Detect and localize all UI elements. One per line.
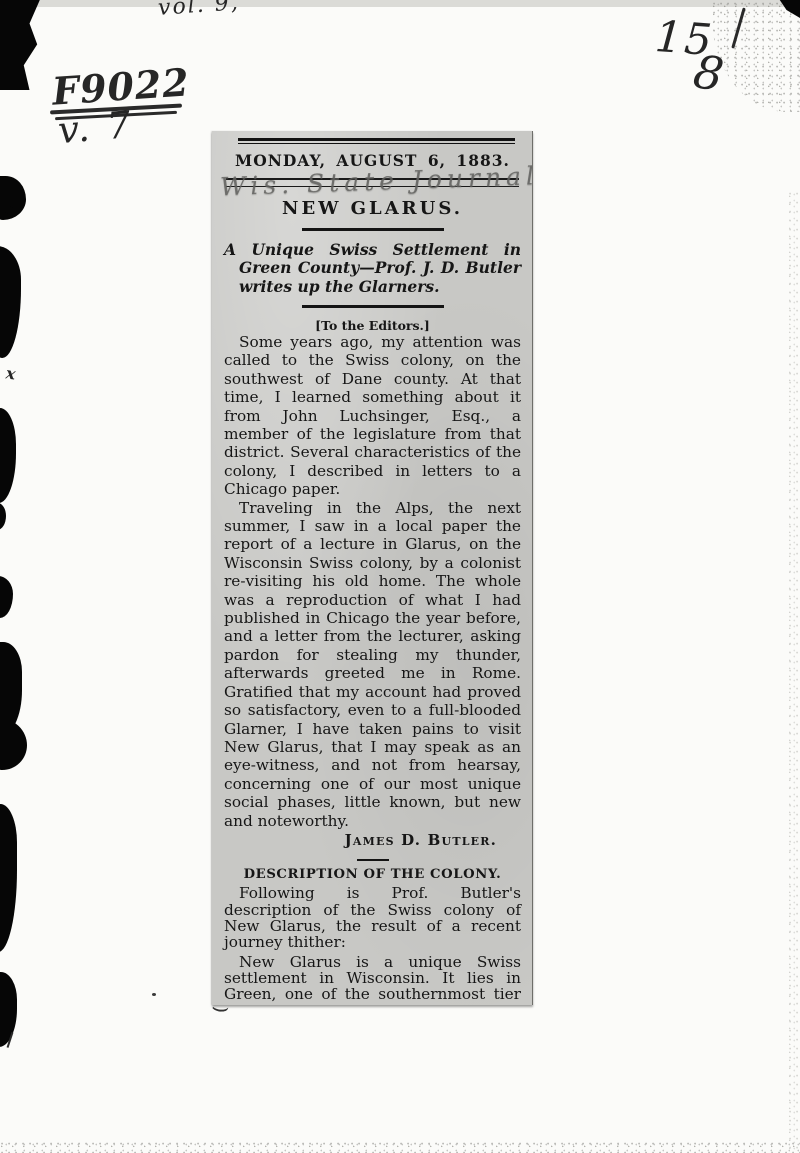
torn-edge-blob bbox=[0, 576, 13, 618]
letter-paragraph: Some years ago, my attention was called … bbox=[224, 333, 521, 499]
divider-rule bbox=[357, 859, 389, 862]
divider-rule bbox=[302, 228, 444, 231]
description-body: Following is Prof. Butler's description … bbox=[224, 885, 521, 1005]
clipping-subtitle: A Unique Swiss Settlement in Green Count… bbox=[224, 241, 521, 297]
torn-edge-blob bbox=[0, 804, 17, 952]
letter-body: Some years ago, my attention was called … bbox=[224, 333, 521, 830]
letter-paragraph: Traveling in the Alps, the next summer, … bbox=[224, 499, 521, 830]
description-paragraph: New Glarus is a unique Swiss settlement … bbox=[224, 954, 521, 1005]
volume-top-note: vol. 9, bbox=[157, 0, 240, 21]
torn-edge-blob bbox=[0, 246, 21, 358]
torn-edge-blob bbox=[0, 408, 16, 503]
torn-edge-blob bbox=[0, 503, 6, 530]
scan-bottom-edge-band bbox=[0, 1140, 800, 1153]
clipping-headline: NEW GLARUS. bbox=[224, 198, 521, 219]
newspaper-clipping: MONDAY, AUGUST 6, 1883. Wis. State Journ… bbox=[212, 131, 533, 1005]
salutation: [To the Editors.] bbox=[224, 318, 521, 333]
scanned-page: { "page": { "annotations": { "top_note":… bbox=[0, 0, 800, 1153]
edge-x-mark: x bbox=[5, 363, 17, 383]
torn-edge-blob bbox=[0, 176, 26, 220]
description-paragraph: Following is Prof. Butler's description … bbox=[224, 885, 521, 950]
scan-right-edge-band bbox=[788, 190, 800, 1153]
signature: James D. Butler. bbox=[224, 831, 521, 849]
masthead-double-rule bbox=[238, 138, 515, 144]
pen-dot-mark bbox=[152, 993, 156, 996]
scan-top-edge-band bbox=[0, 0, 800, 7]
volume-note: v. 7 bbox=[56, 103, 135, 152]
dateline-bottom-rule: Wis. State Journal bbox=[226, 178, 519, 187]
torn-corner-top-left bbox=[0, 0, 42, 90]
torn-edge-blob bbox=[0, 718, 27, 770]
section-heading: DESCRIPTION OF THE COLONY. bbox=[224, 867, 521, 882]
divider-rule bbox=[302, 305, 444, 308]
torn-edge-blob bbox=[0, 972, 17, 1047]
